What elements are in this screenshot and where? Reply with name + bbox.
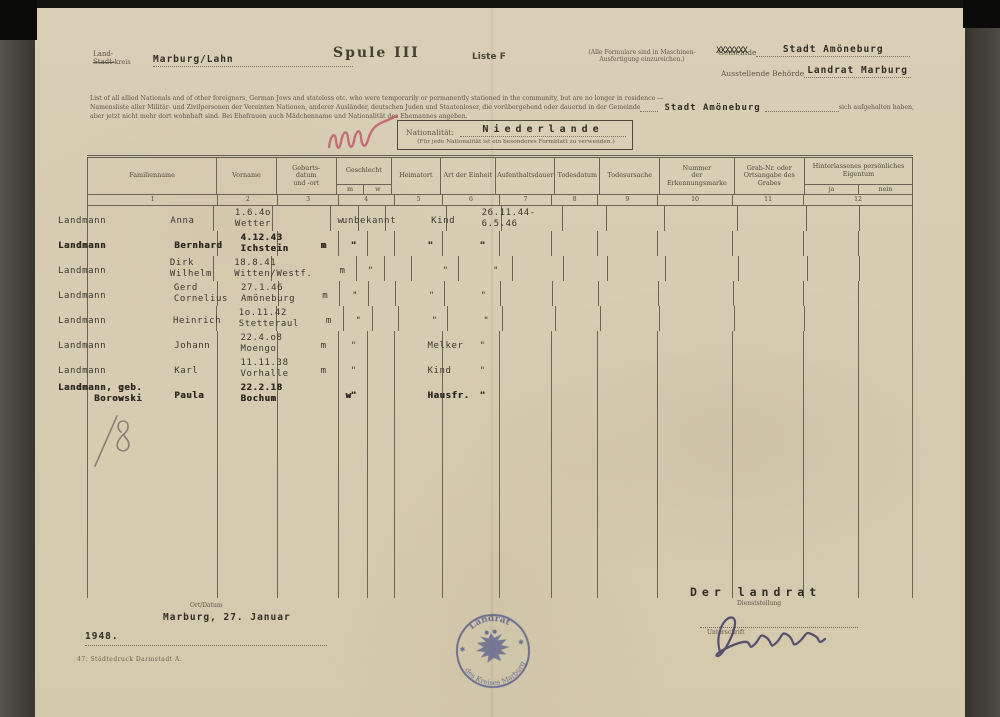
table-cell [278,406,338,598]
intro-line-english: List of all allied Nationals and of othe… [90,94,914,103]
table-cell: Kind [443,356,499,381]
column-header: Heimatort [392,158,440,194]
table-cell [552,406,597,598]
table-empty-area [87,406,913,598]
column-header: Familienname [87,158,217,194]
kreis-value: Marburg/Lahn [153,54,353,67]
column-number: 11 [733,195,804,205]
column-number: 10 [658,195,733,205]
table-row: LandmannGerd Cornelius27.1.46 Amöneburgm… [87,281,913,306]
column-header: Geschlechtmw [337,158,393,194]
table-cell [395,406,444,598]
column-number: 5 [395,195,444,205]
table-cell [804,406,858,598]
table-cell [733,331,804,356]
stadt-label-struck: Stadt- [93,58,114,66]
table-cell [599,281,659,306]
table-cell [552,231,597,256]
table-cell [658,356,733,381]
dotted-leader [640,111,658,112]
dotted-leader [765,111,839,112]
table-cell [739,256,808,281]
table-cell: Landmann [87,356,218,381]
table-cell: 22.2.18 Bochum [278,381,338,406]
stamp-star-left: ✱ [459,645,466,654]
table-cell [556,306,601,331]
table-cell [552,331,597,356]
table-cell: " [445,281,501,306]
table-cell [860,206,913,231]
column-number: 8 [552,195,597,205]
table-cell [660,306,734,331]
table-cell [218,406,278,598]
intro-line-german: Namensliste aller Militär- und Zivilpers… [90,103,914,112]
column-number: 2 [218,195,278,205]
scan-corner-top-right [963,0,1000,28]
table-cell: Melker [443,331,499,356]
column-header: Grab-Nr. oder Ortsangabe des Grabes [735,158,805,194]
behoerde-value: Landrat Marburg [804,65,911,78]
table-cell: Landmann [87,206,214,231]
nationality-value: Niederlande [460,124,626,137]
scan-left-edge [0,0,35,717]
table-cell [563,206,607,231]
table-cell [598,331,658,356]
column-header: Art der Einheit [441,158,497,194]
intro-line-tail: sich aufgehalten haben, [839,103,914,112]
table-cell: 26.11.44- 6.5.46 [502,206,563,231]
table-cell [860,256,913,281]
scan-corner-top-left [0,0,37,40]
table-cell [859,406,913,598]
table-cell: " [500,231,553,256]
table-cell [734,281,805,306]
table-cell [608,256,666,281]
table-cell: 11.11.38 Vorhalle [278,356,338,381]
table-row: LandmannJohann22.4.o8 Moengom"Melker" [87,331,913,356]
printers-imprint: 47. Städtedruck Darmstadt A. [77,656,182,663]
table-cell [804,331,858,356]
table-cell [658,381,733,406]
table-cell [443,406,499,598]
table-header-numbers: 123456789101112 [87,195,913,206]
table-cell [601,306,661,331]
gemeinde-field: Gemeinde XXXXXXX Stadt Amöneburg [718,44,910,57]
table-cell [804,231,858,256]
column-header: Nummer der Erkennungsmarke [660,158,734,194]
table-cell [805,306,859,331]
table-cell: 1.6.4o Wetter [273,206,332,231]
column-number: 12 [804,195,913,205]
table-cell [598,381,658,406]
form-title: Spule III [333,45,420,61]
table-cell [733,356,804,381]
column-header: Vorname [217,158,277,194]
table-cell: 4.12.43 Ichstein [278,231,338,256]
gemeinde-label: Gemeinde XXXXXXX [718,48,756,57]
date-value: Marburg, 27. Januar 1948. [85,612,291,642]
table-cell [564,256,608,281]
table-row: LandmannDirk Wilhelm18.8.41 Witten/Westf… [87,256,913,281]
table-cell: " [513,256,564,281]
column-number: 6 [443,195,499,205]
table-cell: Hausfr. [443,381,499,406]
table-row: LandmannHeinrich1o.11.42 Stetteraulm""" [87,306,913,331]
table-cell [552,356,597,381]
table-cell [552,381,597,406]
liste-label: Liste F [472,52,506,62]
table-cell [369,281,396,306]
table-cell [666,256,739,281]
table-cell [553,281,598,306]
intro-inline-gemeinde-value: Stadt Amöneburg [658,104,764,113]
scanned-document-screenshot: { "header": { "kreis_label_land": "Land-… [0,0,1000,717]
scan-right-edge [965,0,1000,717]
column-header: Todesursache [600,158,660,194]
table-cell [859,331,913,356]
svg-text:des Kreises Marburg: des Kreises Marburg [463,659,530,691]
table-cell [804,356,858,381]
round-official-stamp: Landrat des Kreises Marburg ✱ ✱ [445,603,541,699]
table-cell [804,281,858,306]
behoerde-label: Ausstellende Behörde [721,69,804,78]
column-number: 9 [598,195,658,205]
table-cell [368,356,395,381]
table-cell [733,231,804,256]
stamp-star-right: ✱ [518,638,525,647]
stamp-top-text: Landrat [466,611,513,633]
table-cell: " [500,331,553,356]
table-cell: " [459,256,513,281]
column-header: Hinterlassenes persönliches Eigentumjane… [805,158,913,194]
table-cell [733,381,804,406]
table-row: Landmann, geb. BorowskiPaula22.2.18 Boch… [87,381,913,406]
behoerde-field: Ausstellende Behörde Landrat Marburg [721,65,911,78]
table-cell: 22.4.o8 Moengo [278,331,338,356]
table-cell [368,331,395,356]
column-header: Aufenthaltsdauer [496,158,555,194]
column-number: 1 [87,195,218,205]
table-cell [665,206,738,231]
table-cell [807,206,860,231]
der-landrat-line: Der landrat [690,585,821,599]
column-number: 7 [500,195,553,205]
table-cell: " [396,281,445,306]
table-cell: " [443,231,499,256]
table-cell [859,231,913,256]
nationality-box: Nationalität: Niederlande (Für jede Nati… [397,120,633,150]
table-row: LandmannAnna1.6.4o WetterwunbekanntKind2… [87,206,913,231]
table-cell [658,331,733,356]
date-line: Marburg, 27. Januar 1948. [85,605,327,646]
column-number: 3 [278,195,338,205]
table-cell [368,406,395,598]
table-cell [738,206,807,231]
column-header: Todesdatum [555,158,600,194]
table-cell [598,231,658,256]
table-cell [658,406,733,598]
pencil-note-slash-8 [87,410,139,470]
intro-paragraph: List of all allied Nationals and of othe… [90,94,914,121]
table-cell: " [448,306,504,331]
table-cell [804,381,858,406]
table-cell [368,231,395,256]
stamp-eagle-icon [474,628,512,664]
table-cell: " [500,356,553,381]
stamp-bottom-text: des Kreises Marburg [463,659,530,691]
table-cell: " [501,281,554,306]
table-cell: " [500,381,553,406]
table-cell: " [399,306,447,331]
persons-table: FamiliennameVornameGeburts- datum und -o… [87,155,913,598]
table-body: LandmannAnna1.6.4o WetterwunbekanntKind2… [87,206,913,598]
table-cell [859,306,913,331]
land-label: Land- [93,50,113,58]
table-cell [808,256,861,281]
table-cell [659,281,734,306]
table-header-labels: FamiliennameVornameGeburts- datum und -o… [87,155,913,195]
table-cell: w [368,381,395,406]
table-cell [658,231,733,256]
column-header: Geburts- datum und -ort [277,158,337,194]
table-cell: 1o.11.42 Stetteraul [277,306,344,331]
document-page: Land- Stadt-kreis Marburg/Lahn Spule III… [35,8,965,717]
copies-note: (Alle Formulare sind in Maschinen-Ausfer… [573,50,711,63]
table-cell: " [503,306,555,331]
nationality-label: Nationalität: [406,128,454,137]
table-cell [598,356,658,381]
table-row: LandmannBernhard4.12.43 Ichsteinm""" [87,231,913,256]
table-cell [607,206,666,231]
table-cell: " [395,231,444,256]
table-cell: " [412,256,459,281]
column-number: 4 [339,195,395,205]
table-cell [598,406,658,598]
nationality-note: (Für jede Nationalität ist ein besondere… [406,139,626,146]
kreis-suffix-label: kreis [114,58,130,66]
table-cell [859,356,913,381]
table-cell [735,306,805,331]
table-row: LandmannKarl11.11.38 Vorhallem"Kind" [87,356,913,381]
table-cell [500,406,553,598]
table-cell [373,306,400,331]
strikeout-x-marks: XXXXXXX [716,46,747,56]
table-cell: 27.1.46 Amöneburg [279,281,340,306]
table-cell [385,256,411,281]
table-cell [339,406,368,598]
table-cell [859,381,913,406]
kreis-field-label: Land- Stadt-kreis [93,50,131,66]
handwritten-signature [703,606,853,661]
table-cell [859,281,913,306]
table-cell [733,406,804,598]
gemeinde-value: Stadt Amöneburg [756,44,910,57]
svg-text:Landrat: Landrat [466,611,513,633]
scan-top-edge [0,0,1000,8]
